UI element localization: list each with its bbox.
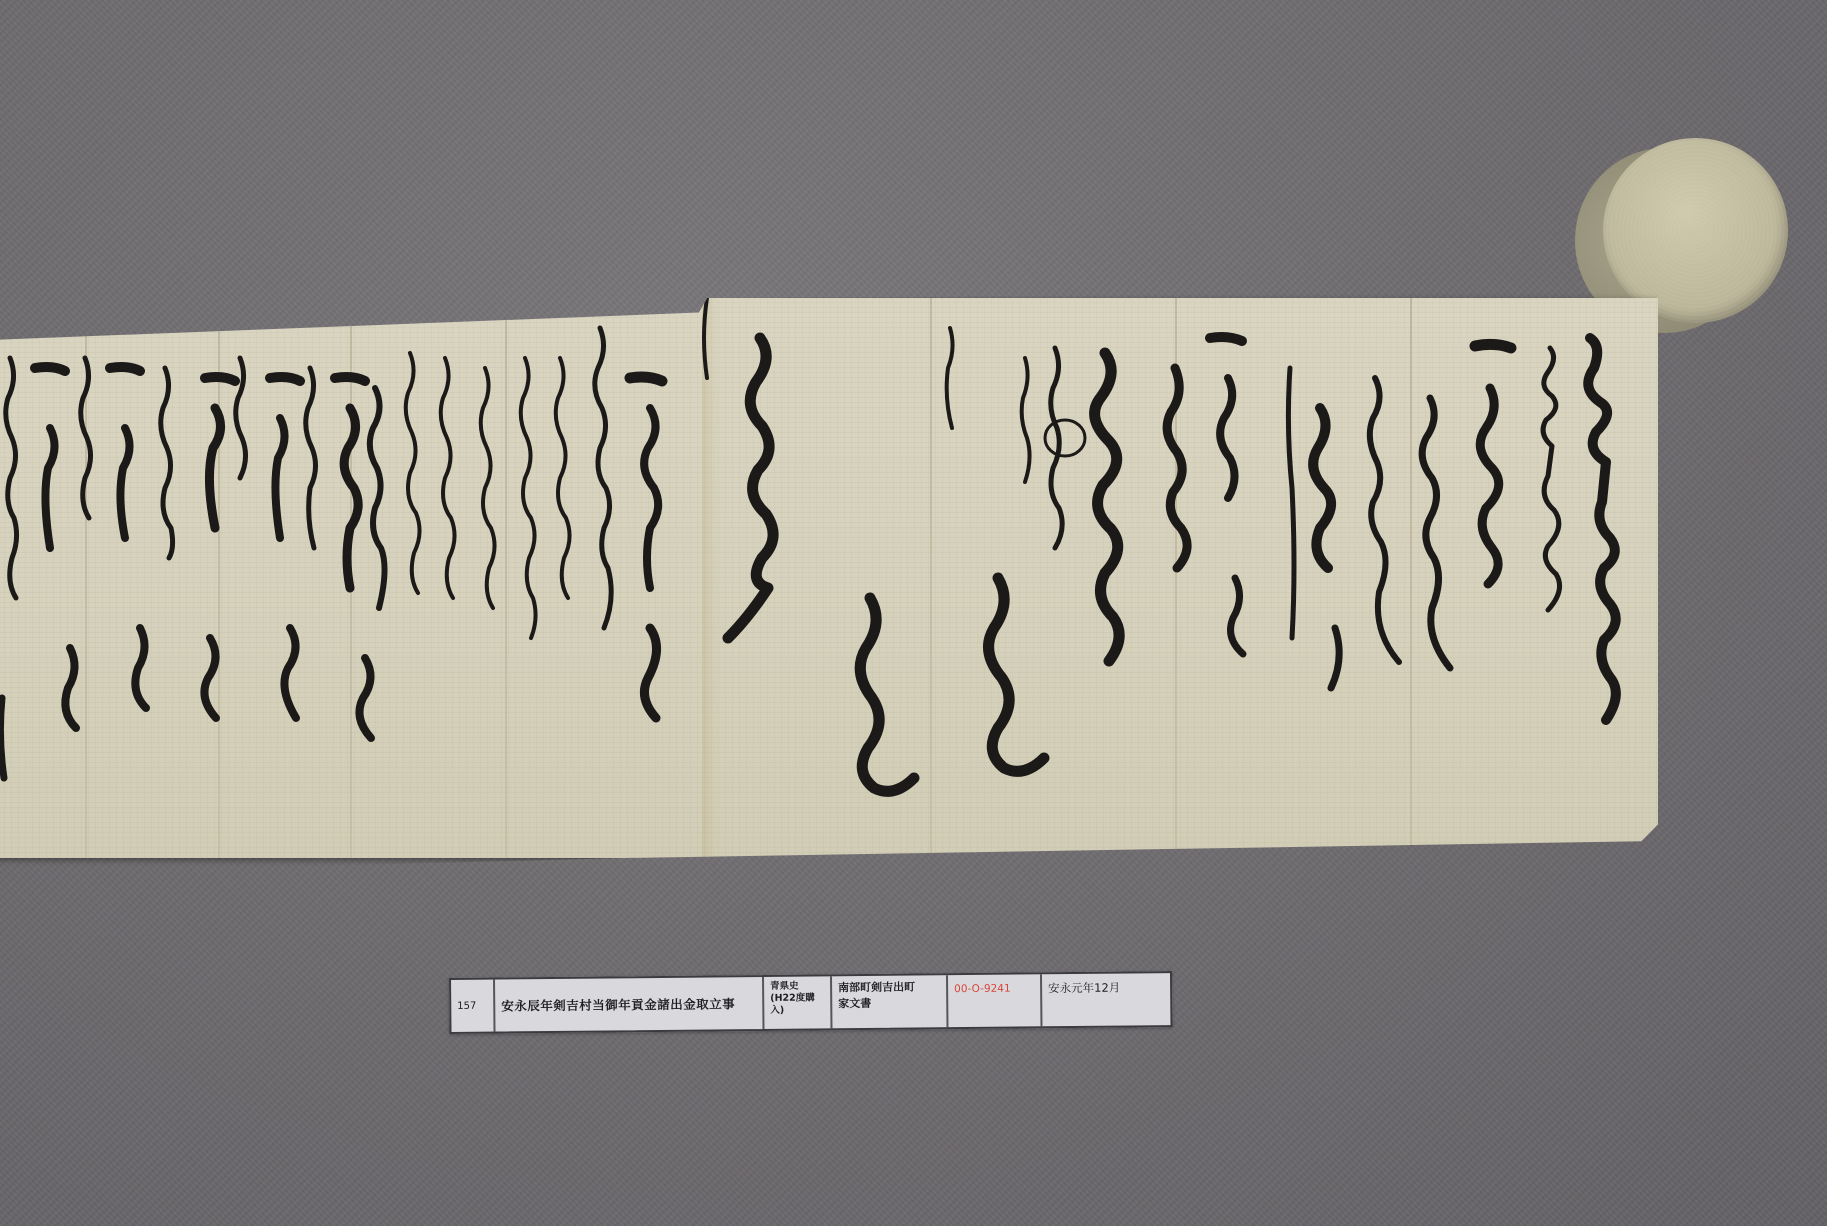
label-date: 安永元年12月 [1042, 973, 1170, 1026]
label-number: 157 [451, 980, 495, 1032]
label-source-line3: 入) [770, 1004, 815, 1016]
catalogue-label: 157 安永辰年剣吉村当御年貢金諸出金取立事 青県史 (H22度購 入) 南部町… [449, 971, 1173, 1034]
label-catalog-id: 00-O-9241 [948, 974, 1042, 1027]
label-source-line1: 青県史 [770, 980, 815, 992]
label-owner-line1: 南部町剣吉出町 [838, 980, 915, 997]
scroll-paper [0, 298, 1658, 858]
scroll-document [0, 0, 1827, 1226]
label-source-line2: (H22度購 [770, 992, 815, 1004]
label-owner-line2: 家文書 [838, 996, 915, 1013]
label-source: 青県史 (H22度購 入) [764, 976, 832, 1029]
label-title: 安永辰年剣吉村当御年貢金諸出金取立事 [495, 977, 764, 1032]
label-owner: 南部町剣吉出町 家文書 [832, 975, 948, 1028]
calligraphy-ink [0, 298, 1658, 858]
